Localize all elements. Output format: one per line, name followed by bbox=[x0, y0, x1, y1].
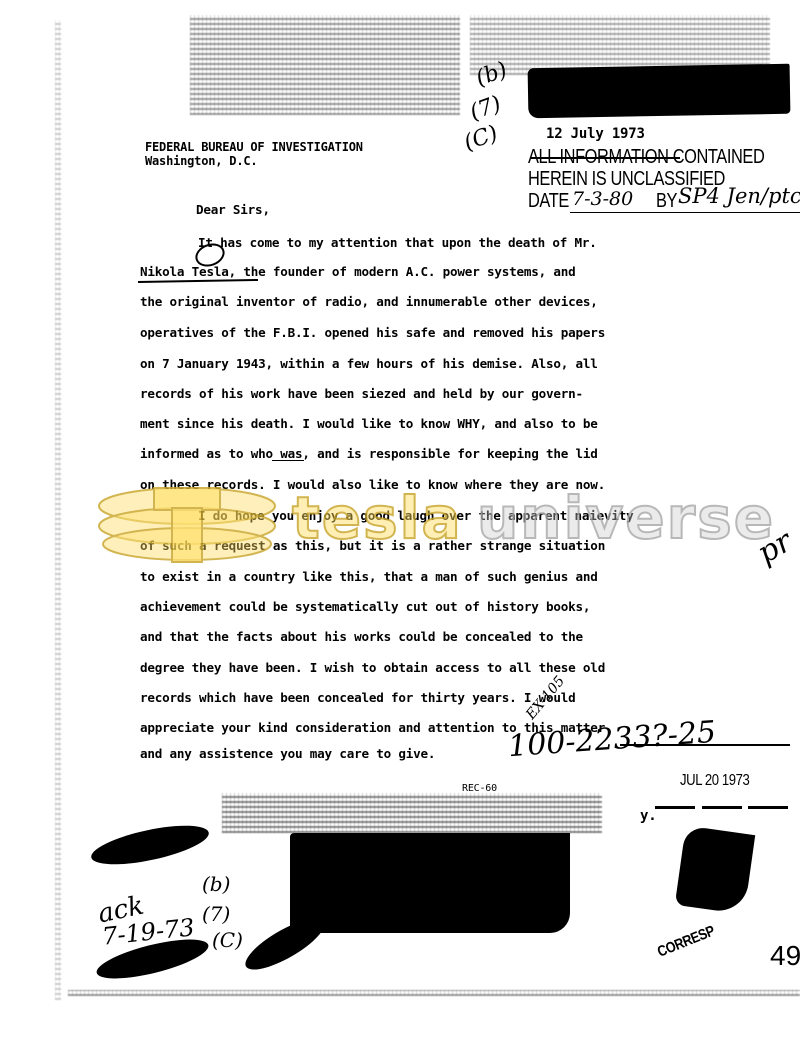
margin-mark-7: (7) bbox=[467, 91, 505, 125]
bottom-smudge-band bbox=[222, 793, 602, 833]
body-line: records which have been concealed for th… bbox=[140, 690, 576, 705]
stamp-dash bbox=[702, 806, 742, 809]
body-line: It has come to my attention that upon th… bbox=[198, 235, 597, 250]
watermark: tesla universe bbox=[92, 484, 732, 564]
watermark-text-universe: universe bbox=[477, 484, 775, 552]
declass-date-value: 7-3-80 bbox=[572, 188, 633, 210]
redaction-bottom bbox=[290, 833, 570, 933]
declass-underline bbox=[570, 212, 800, 213]
bottom-mark-7: (7) bbox=[202, 902, 230, 926]
body-line: informed as to who was, and is responsib… bbox=[140, 446, 598, 461]
body-line: degree they have been. I wish to obtain … bbox=[140, 660, 605, 675]
watermark-logo-icon bbox=[92, 484, 282, 564]
corresp-stamp: CORRESP bbox=[655, 922, 717, 960]
file-number-underline bbox=[620, 744, 790, 746]
smudge-bottom-mid bbox=[239, 909, 331, 978]
bottom-edge bbox=[68, 990, 800, 996]
trailing-char: y. bbox=[640, 808, 656, 824]
watermark-text-tesla: tesla bbox=[292, 484, 463, 552]
received-stamp: JUL 20 1973 bbox=[680, 772, 749, 790]
body-line: and any assistence you may care to give. bbox=[140, 746, 435, 761]
declass-strike bbox=[530, 157, 680, 159]
left-edge-smudge bbox=[55, 20, 61, 1000]
redaction-top bbox=[528, 64, 791, 119]
page-number: 49 bbox=[770, 940, 800, 972]
agency-name: FEDERAL BUREAU OF INVESTIGATION bbox=[145, 140, 363, 154]
margin-mark-c: (C) bbox=[461, 121, 502, 156]
document-page: (b) (7) (C) FEDERAL BUREAU OF INVESTIGAT… bbox=[0, 0, 800, 1040]
declass-date-label: DATE bbox=[528, 190, 569, 213]
body-line: on 7 January 1943, within a few hours of… bbox=[140, 356, 598, 371]
body-line: achievement could be systematically cut … bbox=[140, 599, 590, 614]
redaction-right-bottom bbox=[675, 826, 755, 915]
body-line: and that the facts about his works could… bbox=[140, 629, 583, 644]
letter-date: 12 July 1973 bbox=[546, 126, 645, 142]
top-smudge bbox=[190, 15, 460, 115]
body-line: operatives of the F.B.I. opened his safe… bbox=[140, 325, 605, 340]
stamp-dash bbox=[655, 806, 695, 809]
body-line: records of his work have been siezed and… bbox=[140, 386, 583, 401]
declass-by-value: SP4 Jen/ptc bbox=[678, 184, 800, 208]
declass-by-label: BY bbox=[656, 190, 677, 213]
name-underline bbox=[138, 279, 258, 283]
smudge-left bbox=[88, 818, 212, 872]
agency-location: Washington, D.C. bbox=[145, 154, 257, 168]
body-line: ment since his death. I would like to kn… bbox=[140, 416, 598, 431]
salutation: Dear Sirs, bbox=[196, 202, 270, 217]
who-underline bbox=[272, 460, 304, 461]
body-line: the original inventor of radio, and innu… bbox=[140, 294, 598, 309]
stamp-dash bbox=[748, 806, 788, 809]
bottom-mark-c: (C) bbox=[212, 928, 243, 952]
body-line: to exist in a country like this, that a … bbox=[140, 569, 598, 584]
bottom-mark-b: (b) bbox=[202, 872, 230, 896]
